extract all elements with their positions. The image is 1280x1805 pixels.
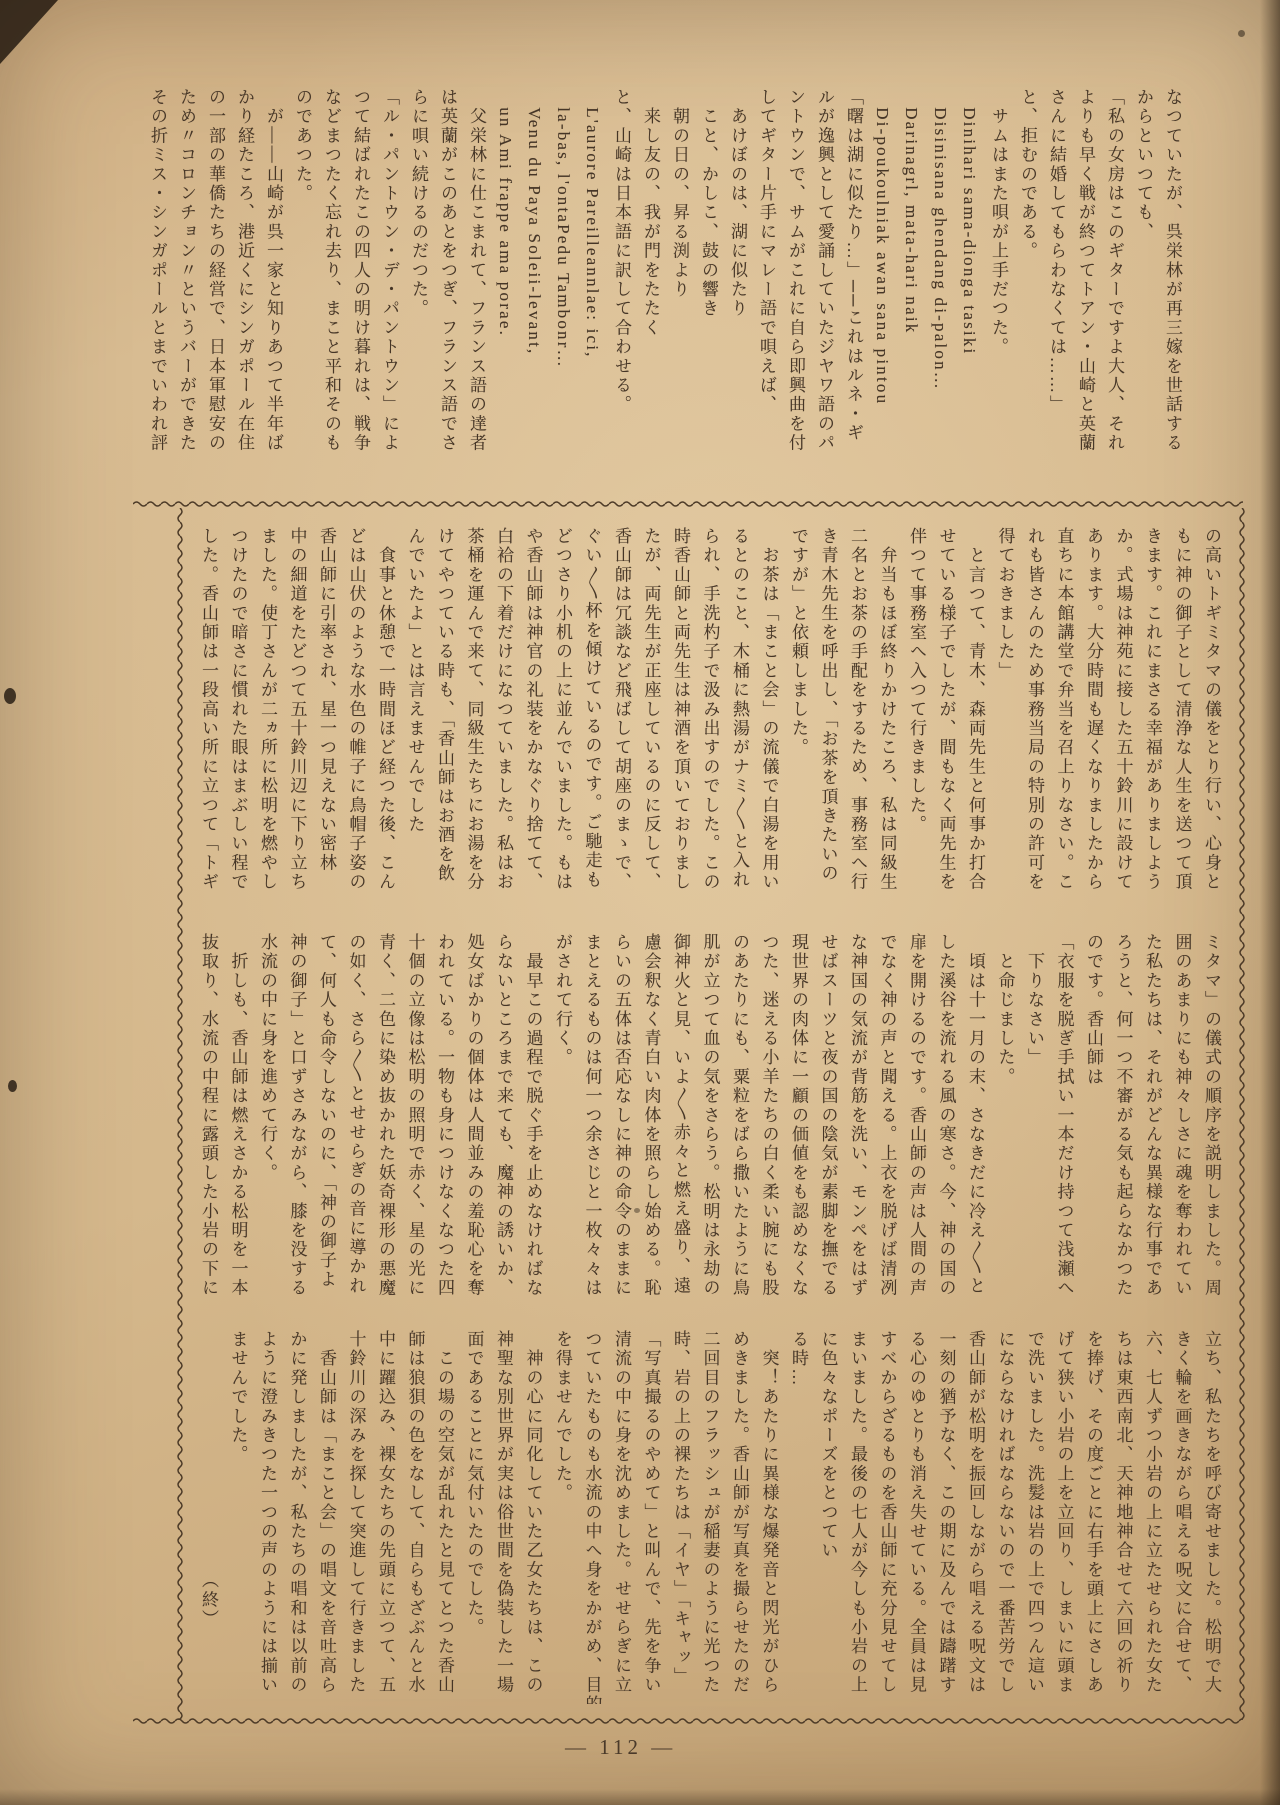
text-column: まとえるものは何一つ余さじと一枚々々は: [577, 933, 607, 1309]
text-column: ため〃コロンチョン〃というバーができた: [172, 88, 201, 490]
wavy-divider-bottom: [133, 1716, 1243, 1726]
text-column: らないところまで来ても、魔神の誘いか、: [489, 933, 519, 1309]
text-column: て、何人も命令しないのに、「神の御子よ: [312, 933, 342, 1309]
text-column: る心のゆとりも消え失せている。全員は見: [902, 1330, 932, 1704]
text-column: サムはまた唄が上手だつた。: [984, 88, 1013, 490]
text-column: われている。一物も身につけなくなつた四: [430, 933, 460, 1309]
text-column: よりも早く戦が終つてトアン・山崎と英蘭: [1071, 88, 1100, 490]
text-column: Venu du Paya Soleii-levant,: [520, 88, 549, 490]
top-article-text: なつていたが、呉栄林が再三嫁を世話するからといつても、「私の女房はこのギターです…: [141, 88, 1187, 490]
text-column: どつさり小机の上に並んでいました。もは: [548, 527, 578, 903]
text-column: るとのこと、木桶に熱湯がナミ〳〵と入れ: [725, 527, 755, 903]
text-column: ントウンで、サムがこれに自ら即興曲を付: [781, 88, 810, 490]
text-column: 弁当もほぼ終りかけたころ、私は同級生: [872, 527, 902, 903]
text-column: 「曙は湖に似たり…」──これはルネ・ギ: [839, 88, 868, 490]
text-column: を捧げ、その度ごとに右手を頭上にさしあ: [1079, 1330, 1109, 1704]
text-column: Dinihari sama-dionga tasiki: [955, 88, 984, 490]
text-column: は英蘭がこのあとをつぎ、フランス語でさ: [433, 88, 462, 490]
text-column: か。式場は神苑に接した五十鈴川に設けて: [1108, 527, 1138, 903]
text-column: 中に躍込み、裸女たちの先頭に立つて、五: [371, 1330, 401, 1704]
text-column: 香山師は冗談など飛ばして胡座のまゝで、: [607, 527, 637, 903]
text-column: せている様子でしたが、間もなく両先生を: [931, 527, 961, 903]
text-column: さんに結婚してもらわなくては……」: [1042, 88, 1071, 490]
text-column: かに発しましたが、私たちの唱和は以前の: [282, 1330, 312, 1704]
paper-stain: [8, 1080, 17, 1092]
text-column: 「私の女房はこのギターですよ大人、それ: [1100, 88, 1129, 490]
text-column: Darinagrl, mata-hari naik: [897, 88, 926, 490]
text-column: 突！あたりに異様な爆発音と閃光がひら: [754, 1330, 784, 1704]
text-column: と命じました。: [990, 933, 1020, 1309]
text-column: 香山師が松明を振回しながら唱える呪文は: [961, 1330, 991, 1704]
text-column: L'aurore Pareilleannlae: ici,: [578, 88, 607, 490]
boxed-article-band-1: の高いトギミタマの儀をとり行い、心身ともに神の御子として清浄な人生を送つて頂きま…: [193, 527, 1226, 903]
text-column: の如く、さら〳〵とせせらぎの音に導かれ: [341, 933, 371, 1309]
page-edge-shadow-right: [1260, 0, 1280, 1805]
text-column: ませんでした。: [223, 1330, 253, 1704]
text-column: すべからざるものを香山師に充分見せてし: [872, 1330, 902, 1704]
text-column: 香山師に引率され、星一つ見えない密林: [312, 527, 342, 903]
text-column: らに唄い続けるのだつた。: [404, 88, 433, 490]
text-column: れも皆さんのため事務当局の特別の許可を: [1020, 527, 1050, 903]
text-column: こと、かしこ、鼓の響き: [694, 88, 723, 490]
paper-stain: [4, 688, 16, 704]
text-column: 水流の中に身を進めて行く。: [253, 933, 283, 1309]
text-column: き青木先生を呼出し、「お茶を頂きたいの: [813, 527, 843, 903]
boxed-article-band-2: ミタマ」の儀式の順序を説明しました。周囲のあまりにも神々しさに魂を奪われていた私…: [193, 933, 1226, 1309]
text-column: 慮会釈なく青白い肉体を照らし始める。恥: [636, 933, 666, 1309]
text-column: な神国の気流が背筋を洗い、モンペをはず: [843, 933, 873, 1309]
text-column: お茶は「まこと会」の流儀で白湯を用い: [754, 527, 784, 903]
text-column: 直ちに本館講堂で弁当を召上りなさい。こ: [1049, 527, 1079, 903]
text-column: を得ませんでした。: [548, 1330, 578, 1704]
text-column: 囲のあまりにも神々しさに魂を奪われてい: [1167, 933, 1197, 1309]
text-column: 抜取り、水流の中程に露頭した小岩の下に: [194, 933, 224, 1309]
text-column: 白袷の下着だけになつていました。私はお: [489, 527, 519, 903]
text-column: 朝の日の、昇る渕より: [665, 88, 694, 490]
text-column: がされて行く。: [548, 933, 578, 1309]
text-column: 青く、二色に染め抜かれた妖奇裸形の悪魔: [371, 933, 401, 1309]
text-column: の高いトギミタマの儀をとり行い、心身と: [1197, 527, 1227, 903]
scanned-magazine-page: なつていたが、呉栄林が再三嫁を世話するからといつても、「私の女房はこのギターです…: [0, 0, 1280, 1805]
text-column: 肌が立つて血の気をさらう。松明は永劫の: [695, 933, 725, 1309]
text-column: からといつても、: [1129, 88, 1158, 490]
text-column: Di-poukoulniak awan sana pintou: [868, 88, 897, 490]
text-column: 「衣服を脱ぎ手拭い一本だけ持つて浅瀬へ: [1049, 933, 1079, 1309]
text-column: などまつたく忘れ去り、まこと平和そのも: [317, 88, 346, 490]
text-column: （終）: [194, 1330, 224, 1704]
text-column: どは山伏のような水色の帷子に鳥帽子姿の: [341, 527, 371, 903]
text-column: と言つて、青木、森両先生と何事か打合: [961, 527, 991, 903]
text-column: その折ミス・シンガポールとまでいわれ評: [143, 88, 172, 490]
paper-stain: [1238, 30, 1245, 37]
page-number: — 112 —: [565, 1735, 676, 1760]
text-column: きます。これにまさる幸福がありましよう: [1138, 527, 1168, 903]
text-column: あけぼのは、湖に似たり: [723, 88, 752, 490]
text-column: 時、岩の上の裸たちは「イヤ」「キャッ」: [666, 1330, 696, 1704]
text-column: が――山崎が呉一家と知りあつて半年ば: [259, 88, 288, 490]
text-column: 最早この過程で脱ぐ手を止めなければな: [518, 933, 548, 1309]
text-column: 父栄林に仕こまれて、フランス語の達者: [462, 88, 491, 490]
text-column: のであつた。: [288, 88, 317, 490]
text-column: ぐい〳〵杯を傾けているのです。ご馳走も: [577, 527, 607, 903]
text-column: 食事と休憩で一時間ほど経つた後、こん: [371, 527, 401, 903]
text-column: なつていたが、呉栄林が再三嫁を世話する: [1158, 88, 1187, 490]
text-column: してギター片手にマレー語で唄えば、: [752, 88, 781, 490]
boxed-article-band-3: 立ち、私たちを呼び寄せました。松明で大きく輪を画きながら唱える呪文に合せて、六、…: [193, 1330, 1226, 1704]
text-column: めきました。香山師が写真を撮らせたのだ: [725, 1330, 755, 1704]
text-column: 六、七人ずつ小岩の上に立たせられた女た: [1138, 1330, 1168, 1704]
text-column: 下りなさい」: [1020, 933, 1050, 1309]
text-column: この場の空気が乱れたと見てとつた香山: [430, 1330, 460, 1704]
text-column: る時…: [784, 1330, 814, 1704]
text-column: に色々なポーズをとつてい: [813, 1330, 843, 1704]
text-column: 十鈴川の深みを探して突進して行きました: [341, 1330, 371, 1704]
text-column: たが、両先生が正座しているのに反して、: [636, 527, 666, 903]
text-column: つて結ばれたこの四人の明け暮れは、戦争: [346, 88, 375, 490]
text-column: んでいたよ」とは言えませんでした: [400, 527, 430, 903]
text-column: ろうと、何一つ不審がる気も起らなかつた: [1108, 933, 1138, 1309]
text-column: した。香山師は一段高い所に立つて「トギ: [194, 527, 224, 903]
text-column: 二名とお茶の手配をするため、事務室へ行: [843, 527, 873, 903]
text-column: 御神火と見、いよ〳〵赤々と燃え盛り、遠: [666, 933, 696, 1309]
page-corner-shadow: [0, 0, 58, 64]
text-column: 師は狼狽の色をなして、自らもざぶんと水: [400, 1330, 430, 1704]
text-column: 立ち、私たちを呼び寄せました。松明で大: [1197, 1330, 1227, 1704]
text-column: Disinisana ghendang di-palon…: [926, 88, 955, 490]
wavy-border-right: [1236, 508, 1248, 1720]
text-column: 十個の立像は松明の照明で赤く、星の光に: [400, 933, 430, 1309]
text-column: と、拒むのである。: [1013, 88, 1042, 490]
text-column: 処女ばかりの個体は人間並みの羞恥心を奪: [459, 933, 489, 1309]
wavy-border-left: [174, 508, 186, 1720]
text-column: 扉を開けるのです。香山師の声は人間の声: [902, 933, 932, 1309]
text-column: けてやつている時も、「香山師はお酒を飲: [430, 527, 460, 903]
text-column: 頃は十一月の末、さなきだに冷え〳〵と: [961, 933, 991, 1309]
text-column: 来し友の、我が門をたたく: [636, 88, 665, 490]
text-column: 一刻の猶予なく、この期に及んでは躊躇す: [931, 1330, 961, 1704]
text-column: のあたりにも、粟粒をばら撒いたように鳥: [725, 933, 755, 1309]
text-column: らいの五体は否応なしに神の命令のままに: [607, 933, 637, 1309]
text-column: 時香山師と両先生は神酒を頂いておりまし: [666, 527, 696, 903]
text-column: ました。使丁さんが二ヵ所に松明を燃やし: [253, 527, 283, 903]
text-column: にならなければならないので一番苦労でし: [990, 1330, 1020, 1704]
text-column: 中の細道をたどつて五十鈴川辺に下り立ち: [282, 527, 312, 903]
text-column: られ、手洗杓子で汲み出すのでした。この: [695, 527, 725, 903]
text-column: ミタマ」の儀式の順序を説明しました。周: [1197, 933, 1227, 1309]
text-column: あります。大分時間も遅くなりましたから: [1079, 527, 1109, 903]
text-column: ですが」と依頼しました。: [784, 527, 814, 903]
text-column: ちは東西南北、天神地神合せて六回の祈り: [1108, 1330, 1138, 1704]
text-column: た私たちは、それがどんな異様な行事であ: [1138, 933, 1168, 1309]
text-column: 面であることに気付いたのでした。: [459, 1330, 489, 1704]
text-column: 得ておきました」: [990, 527, 1020, 903]
text-column: した溪谷を流れる風の寒さ。今、神の国の: [931, 933, 961, 1309]
text-column: 茶桶を運んで来て、同級生たちにお湯を分: [459, 527, 489, 903]
text-column: 香山師は「まこと会」の唱文を音吐高ら: [312, 1330, 342, 1704]
text-column: 神の御子」と口ずさみながら、膝を没する: [282, 933, 312, 1309]
text-column: の一部の華僑たちの経営で、日本軍慰安の: [201, 88, 230, 490]
text-column: 神の心に同化していた乙女たちは、この: [518, 1330, 548, 1704]
text-column: 神聖な別世界が実は俗世間を偽装した一場: [489, 1330, 519, 1704]
text-column: ように澄みきつた一つの声のようには揃い: [253, 1330, 283, 1704]
text-column: la-bas, l'ontaPedu Tambonr…: [549, 88, 578, 490]
text-column: un Ami frappe ama porae.: [491, 88, 520, 490]
text-column: のです。香山師は: [1079, 933, 1109, 1309]
text-column: 清流の中に身を沈めました。せせらぎに立: [607, 1330, 637, 1704]
text-column: まいました。最後の七人が今しも小岩の上: [843, 1330, 873, 1704]
text-column: と、山崎は日本語に訳して合わせる。: [607, 88, 636, 490]
text-column: つた、迷える小羊たちの白く柔い腕にも股: [754, 933, 784, 1309]
text-column: 現世界の肉体に一顧の価値をも認めなくな: [784, 933, 814, 1309]
text-column: で洗いました。洗髪は岩の上で四つん這い: [1020, 1330, 1050, 1704]
text-column: げて狭い小岩の上を立回り、しまいに頭ま: [1049, 1330, 1079, 1704]
text-column: せばスーツと夜の国の陰気が素脚を撫でる: [813, 933, 843, 1309]
page-edge-shadow-bottom: [0, 1789, 1280, 1805]
text-column: 「写真撮るのやめて」と叫んで、先を争い: [636, 1330, 666, 1704]
text-column: つていたものも水流の中へ身をかがめ、目的: [577, 1330, 607, 1704]
text-column: ルが逸興として愛誦していたジヤワ語のパ: [810, 88, 839, 490]
wavy-divider-top: [133, 499, 1243, 509]
text-column: きく輪を画きながら唱える呪文に合せて、: [1167, 1330, 1197, 1704]
text-column: 折しも、香山師は燃えさかる松明を一本: [223, 933, 253, 1309]
text-column: や香山師は神官の礼装をかなぐり捨てて、: [518, 527, 548, 903]
text-column: でなく神の声と聞える。上衣を脱げば清冽: [872, 933, 902, 1309]
text-column: かり経たころ、港近くにシンガポール在住: [230, 88, 259, 490]
text-column: 二回目のフラッシュが稲妻のように光つた: [695, 1330, 725, 1704]
text-column: つけたので暗さに慣れた眼はまぶしい程で: [223, 527, 253, 903]
text-column: もに神の御子として清浄な人生を送つて頂: [1167, 527, 1197, 903]
text-column: 「ル・パントウン・デ・パントウン」によ: [375, 88, 404, 490]
text-column: 伴つて事務室へ入つて行きました。: [902, 527, 932, 903]
